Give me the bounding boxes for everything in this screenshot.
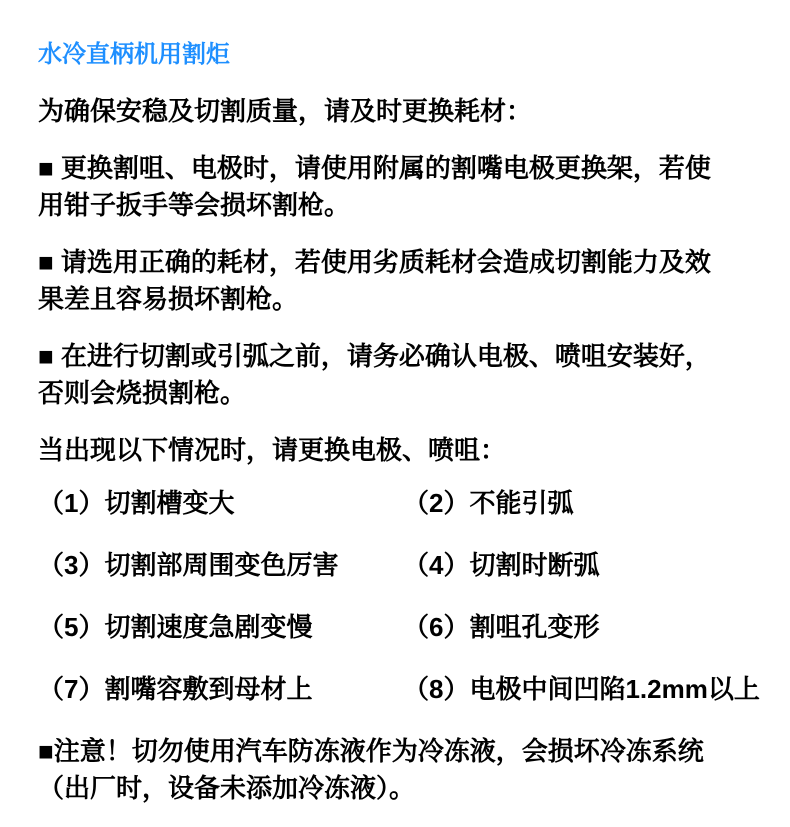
conditions-intro: 当出现以下情况时，请更换电极、喷咀： [38, 432, 766, 469]
condition-item-4: （4）切割时断弧 [403, 547, 766, 584]
condition-item-7: （7）割嘴容敷到母材上 [38, 671, 403, 708]
condition-item-6: （6）割咀孔变形 [403, 609, 766, 646]
bullet-paragraph-3: ■ 在进行切割或引弧之前，请务必确认电极、喷咀安装好， 否则会烧损割枪。 [38, 338, 766, 412]
condition-row-3: （5）切割速度急剧变慢 （6）割咀孔变形 [38, 609, 766, 646]
condition-item-5: （5）切割速度急剧变慢 [38, 609, 403, 646]
condition-item-1: （1）切割槽变大 [38, 485, 403, 522]
condition-item-2: （2）不能引弧 [403, 485, 766, 522]
bullet-paragraph-2: ■ 请选用正确的耗材，若使用劣质耗材会造成切割能力及效 果差且容易损坏割枪。 [38, 244, 766, 318]
condition-item-8: （8）电极中间凹陷1.2mm以上 [403, 671, 766, 708]
note-paragraph: ■注意！切勿使用汽车防冻液作为冷冻液，会损坏冷冻系统 （出厂时，设备未添加冷冻液… [38, 733, 766, 807]
manual-page: 水冷直柄机用割炬 为确保安稳及切割质量，请及时更换耗材： ■ 更换割咀、电极时，… [0, 0, 790, 827]
condition-row-2: （3）切割部周围变色厉害 （4）切割时断弧 [38, 547, 766, 584]
bullet-paragraph-1: ■ 更换割咀、电极时，请使用附属的割嘴电极更换架，若使 用钳子扳手等会损坏割枪。 [38, 150, 766, 224]
page-title: 水冷直柄机用割炬 [38, 40, 766, 70]
condition-row-1: （1）切割槽变大 （2）不能引弧 [38, 485, 766, 522]
intro-paragraph: 为确保安稳及切割质量，请及时更换耗材： [38, 93, 766, 130]
condition-item-3: （3）切割部周围变色厉害 [38, 547, 403, 584]
condition-row-4: （7）割嘴容敷到母材上 （8）电极中间凹陷1.2mm以上 [38, 671, 766, 708]
